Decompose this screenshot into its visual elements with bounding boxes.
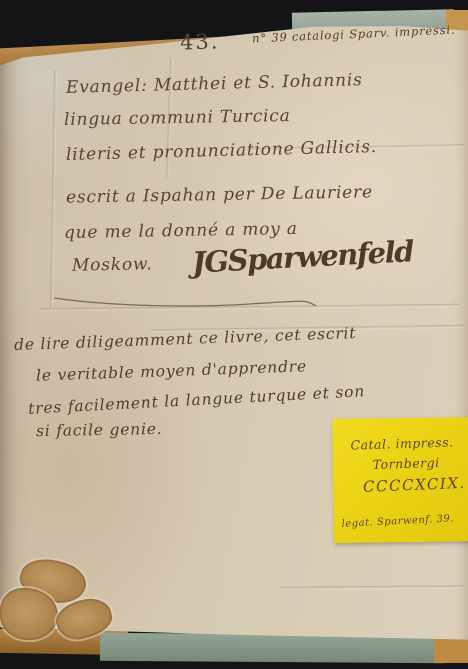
page-number: 43. — [180, 29, 220, 54]
label-shelfmark: CCCCXCIX. — [363, 474, 466, 496]
crease-line — [50, 290, 320, 316]
label-line: Tornbergi — [373, 455, 440, 472]
board-corner-bottom-right — [434, 637, 468, 663]
inscription-line: Moskow. — [72, 254, 153, 275]
label-line: Catal. impress. — [350, 434, 453, 452]
label-provenance: legat. Sparwenf. 39. — [341, 513, 454, 529]
note-line: si facile genie. — [36, 420, 163, 440]
catalogue-label: Catal. impress. Tornbergi CCCCXCIX. lega… — [332, 417, 468, 543]
manuscript-photo: 43. n° 39 catalogi Sparv. impressi. Evan… — [0, 0, 468, 669]
inscription-line: que me la donné a moy a — [64, 219, 298, 243]
inscription-line: lingua communi Turcica — [64, 106, 291, 130]
